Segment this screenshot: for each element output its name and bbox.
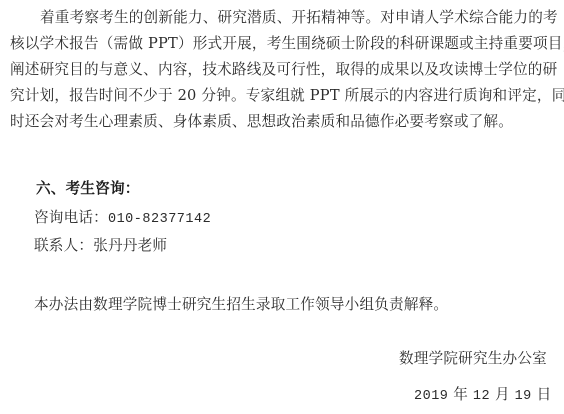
section-heading: 六、考生咨询： — [36, 180, 140, 198]
phone-value: 010-82377142 — [108, 212, 211, 227]
signature-date: 2019 年 12 月 19 日 — [414, 386, 551, 406]
paragraph-line-5: 时还会对考生心理素质、身体素质、思想政治素质和品德作必要考察或了解。 — [10, 113, 513, 131]
date-day: 19 — [515, 389, 532, 404]
person-value: 张丹丹老师 — [93, 237, 167, 254]
paragraph-line-3: 阐述研究目的与意义、内容，技术路线及可行性，取得的成果以及攻读博士学位的研 — [10, 61, 557, 79]
date-month: 12 — [473, 389, 490, 404]
person-label: 联系人： — [34, 237, 93, 254]
date-month-unit: 月 — [495, 386, 510, 403]
date-day-unit: 日 — [537, 386, 552, 403]
paragraph-line-1: 着重考察考生的创新能力、研究潜质、开拓精神等。对申请人学术综合能力的考 — [40, 9, 558, 27]
date-year: 2019 — [414, 389, 448, 404]
date-year-unit: 年 — [453, 386, 468, 403]
contact-phone-row: 咨询电话：010-82377142 — [34, 209, 211, 229]
paragraph-line-2: 核以学术报告（需做 PPT）形式开展，考生围绕硕士阶段的科研课题或主持重要项目， — [10, 35, 564, 53]
paragraph-line-4: 究计划，报告时间不少于 20 分钟。专家组就 PPT 所展示的内容进行质询和评定… — [10, 87, 564, 105]
signature-office: 数理学院研究生办公室 — [399, 350, 547, 368]
interpretation-note: 本办法由数理学院博士研究生招生录取工作领导小组负责解释。 — [34, 296, 448, 314]
contact-person-row: 联系人：张丹丹老师 — [34, 237, 167, 255]
phone-label: 咨询电话： — [34, 209, 108, 226]
